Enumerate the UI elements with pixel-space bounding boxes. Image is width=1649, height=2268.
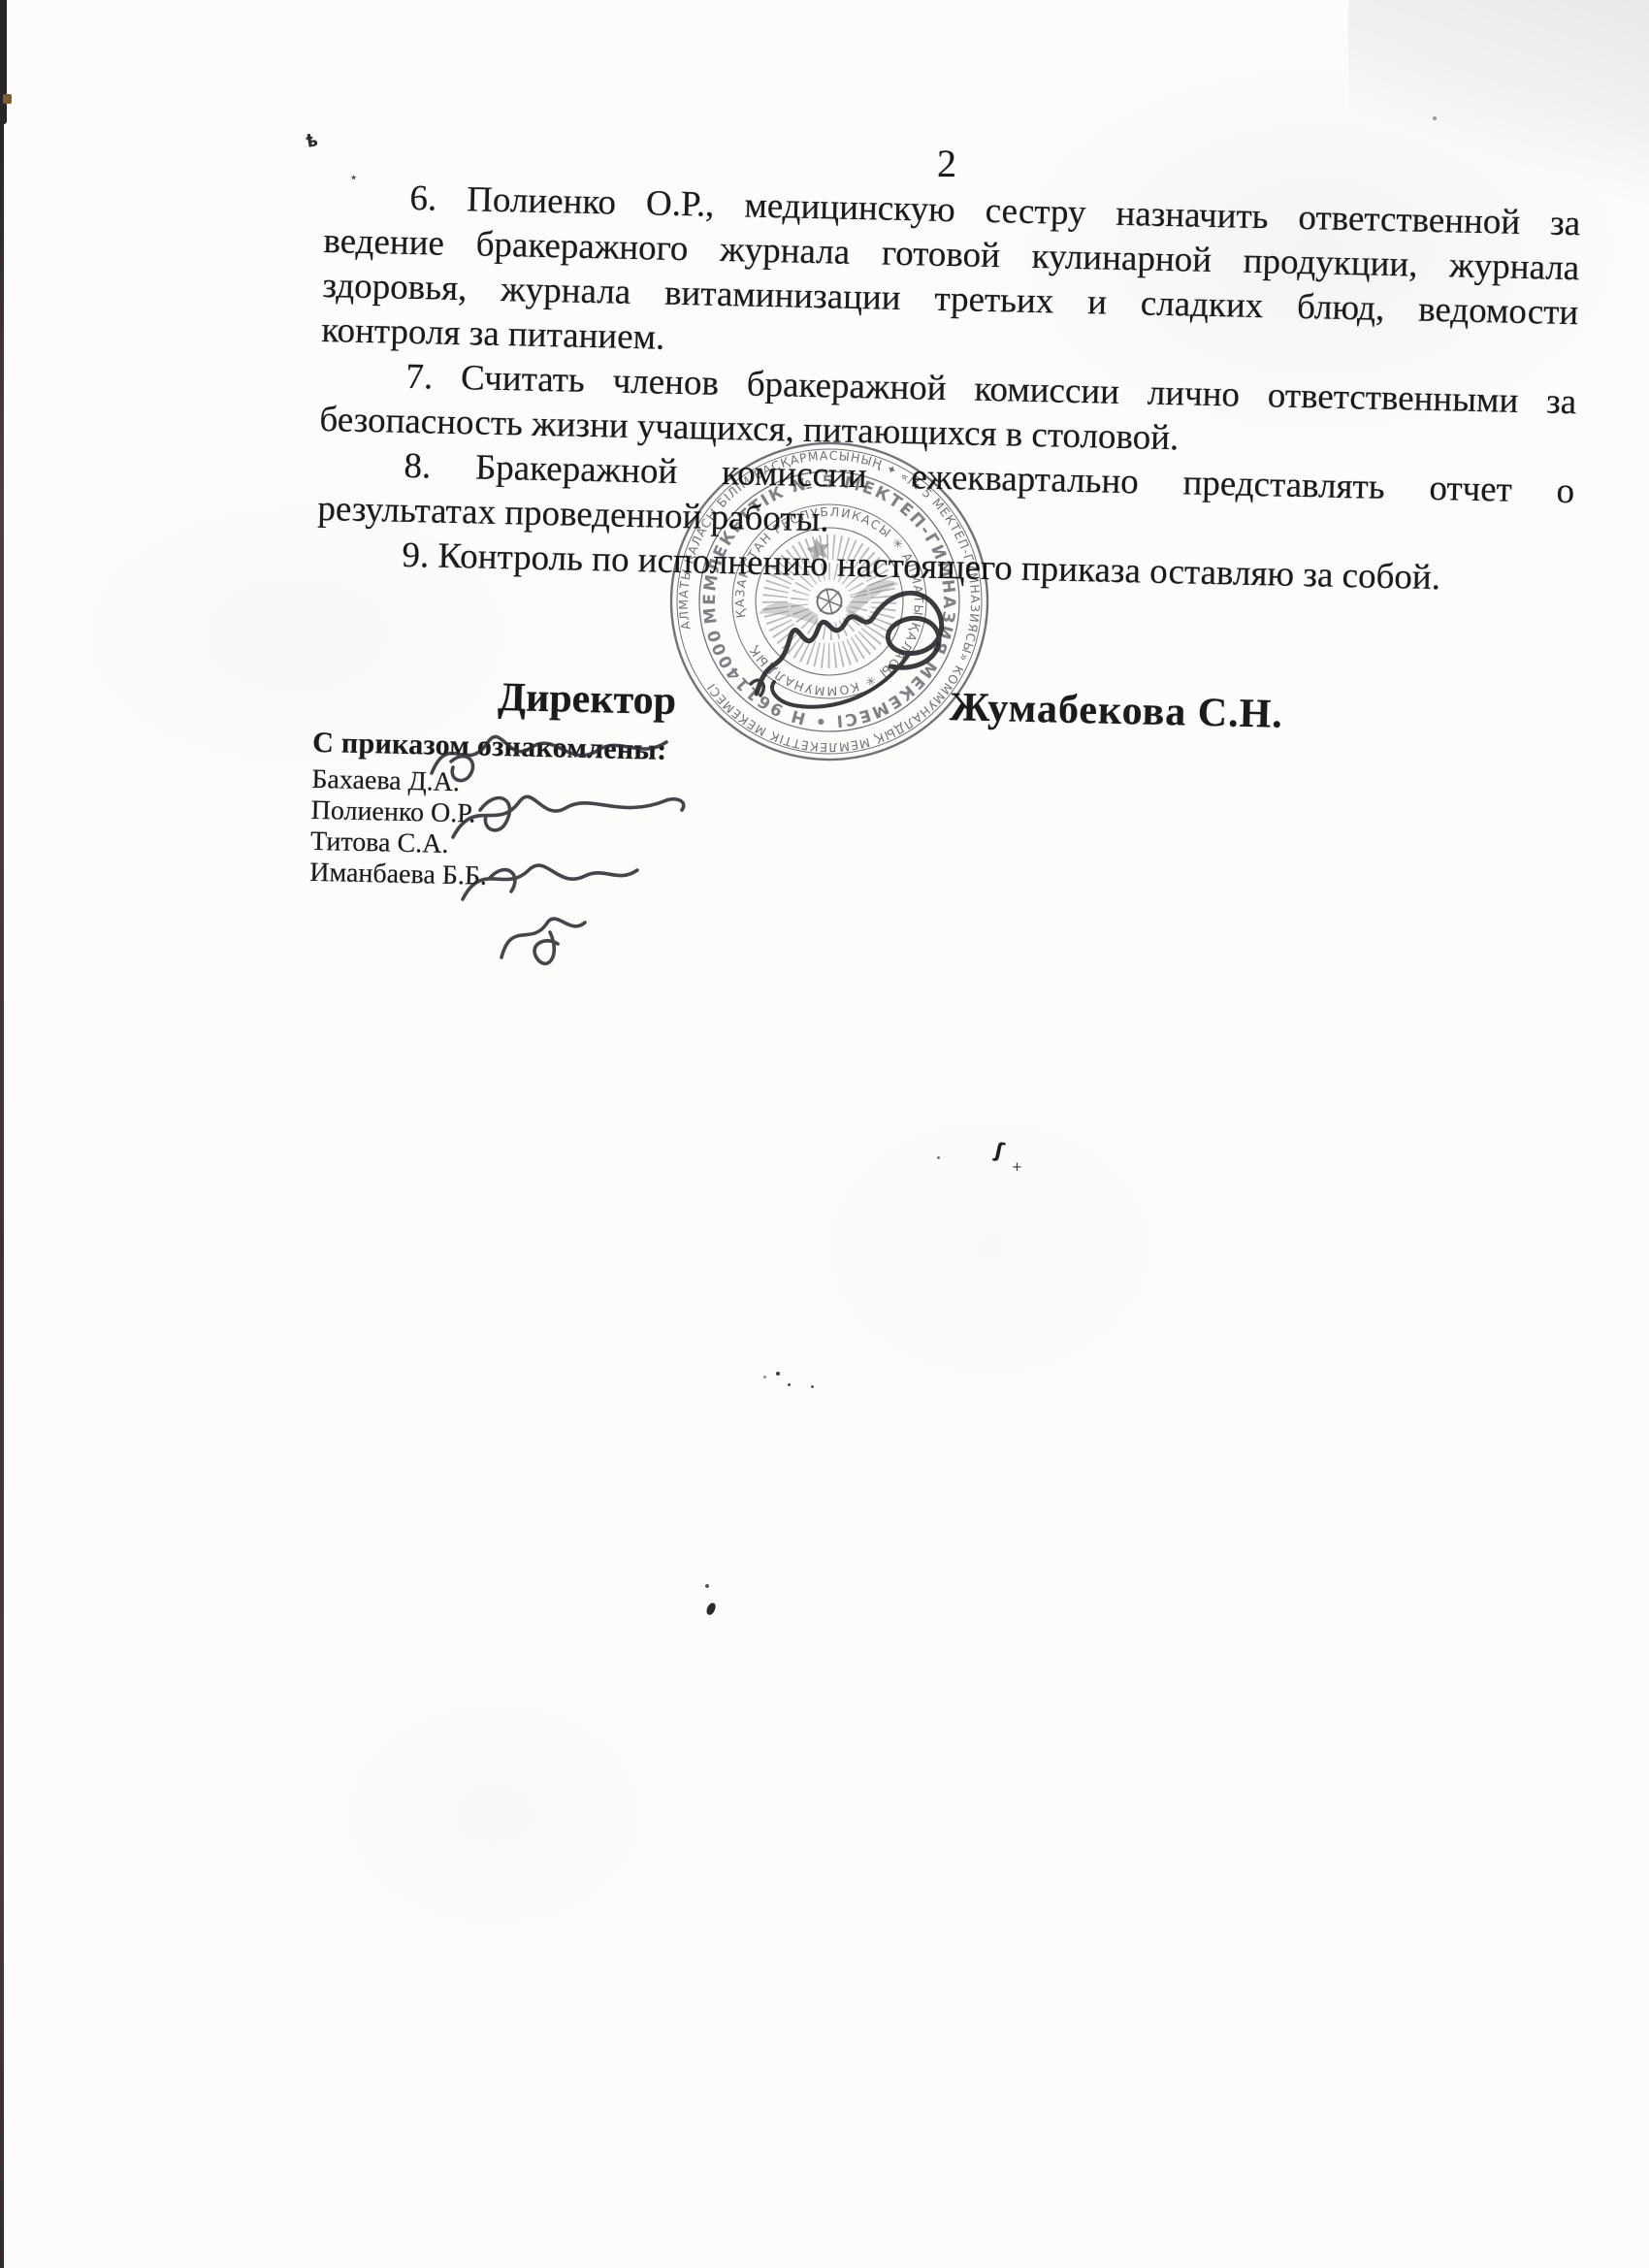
signature-imanbaeva: [501, 919, 585, 963]
ink-speck: [763, 1376, 766, 1378]
ink-speck: [788, 1383, 791, 1386]
scan-left-edge-artifact: [0, 0, 4, 2268]
ink-speck: +: [1012, 1160, 1022, 1175]
ink-speck: [937, 1156, 940, 1159]
page-number: 2: [937, 144, 956, 184]
ink-speck: [705, 1602, 717, 1616]
ink-speck: ٭: [350, 171, 357, 185]
scan-edge-brown-speck: [3, 94, 12, 104]
staff-handwritten-signatures: [412, 713, 713, 975]
director-name: Жумабекова С.Н.: [949, 683, 1283, 738]
ink-speck: ʃ: [993, 1138, 1007, 1162]
director-handwritten-signature: [718, 538, 989, 742]
scan-left-edge-dark-top: [0, 0, 7, 124]
signature-titova: [463, 865, 637, 899]
ink-speck: [1433, 116, 1437, 120]
ink-speck: ҍ: [305, 129, 319, 152]
signature-polienko: [453, 796, 684, 837]
ink-speck: [705, 1584, 709, 1588]
signature-bakhaeva: [432, 736, 666, 780]
ink-speck: [776, 1372, 780, 1376]
scanned-document-page: 2 6. Полиенко О.Р., медицинскую сестру н…: [0, 0, 1649, 2268]
ink-speck: [811, 1385, 814, 1388]
